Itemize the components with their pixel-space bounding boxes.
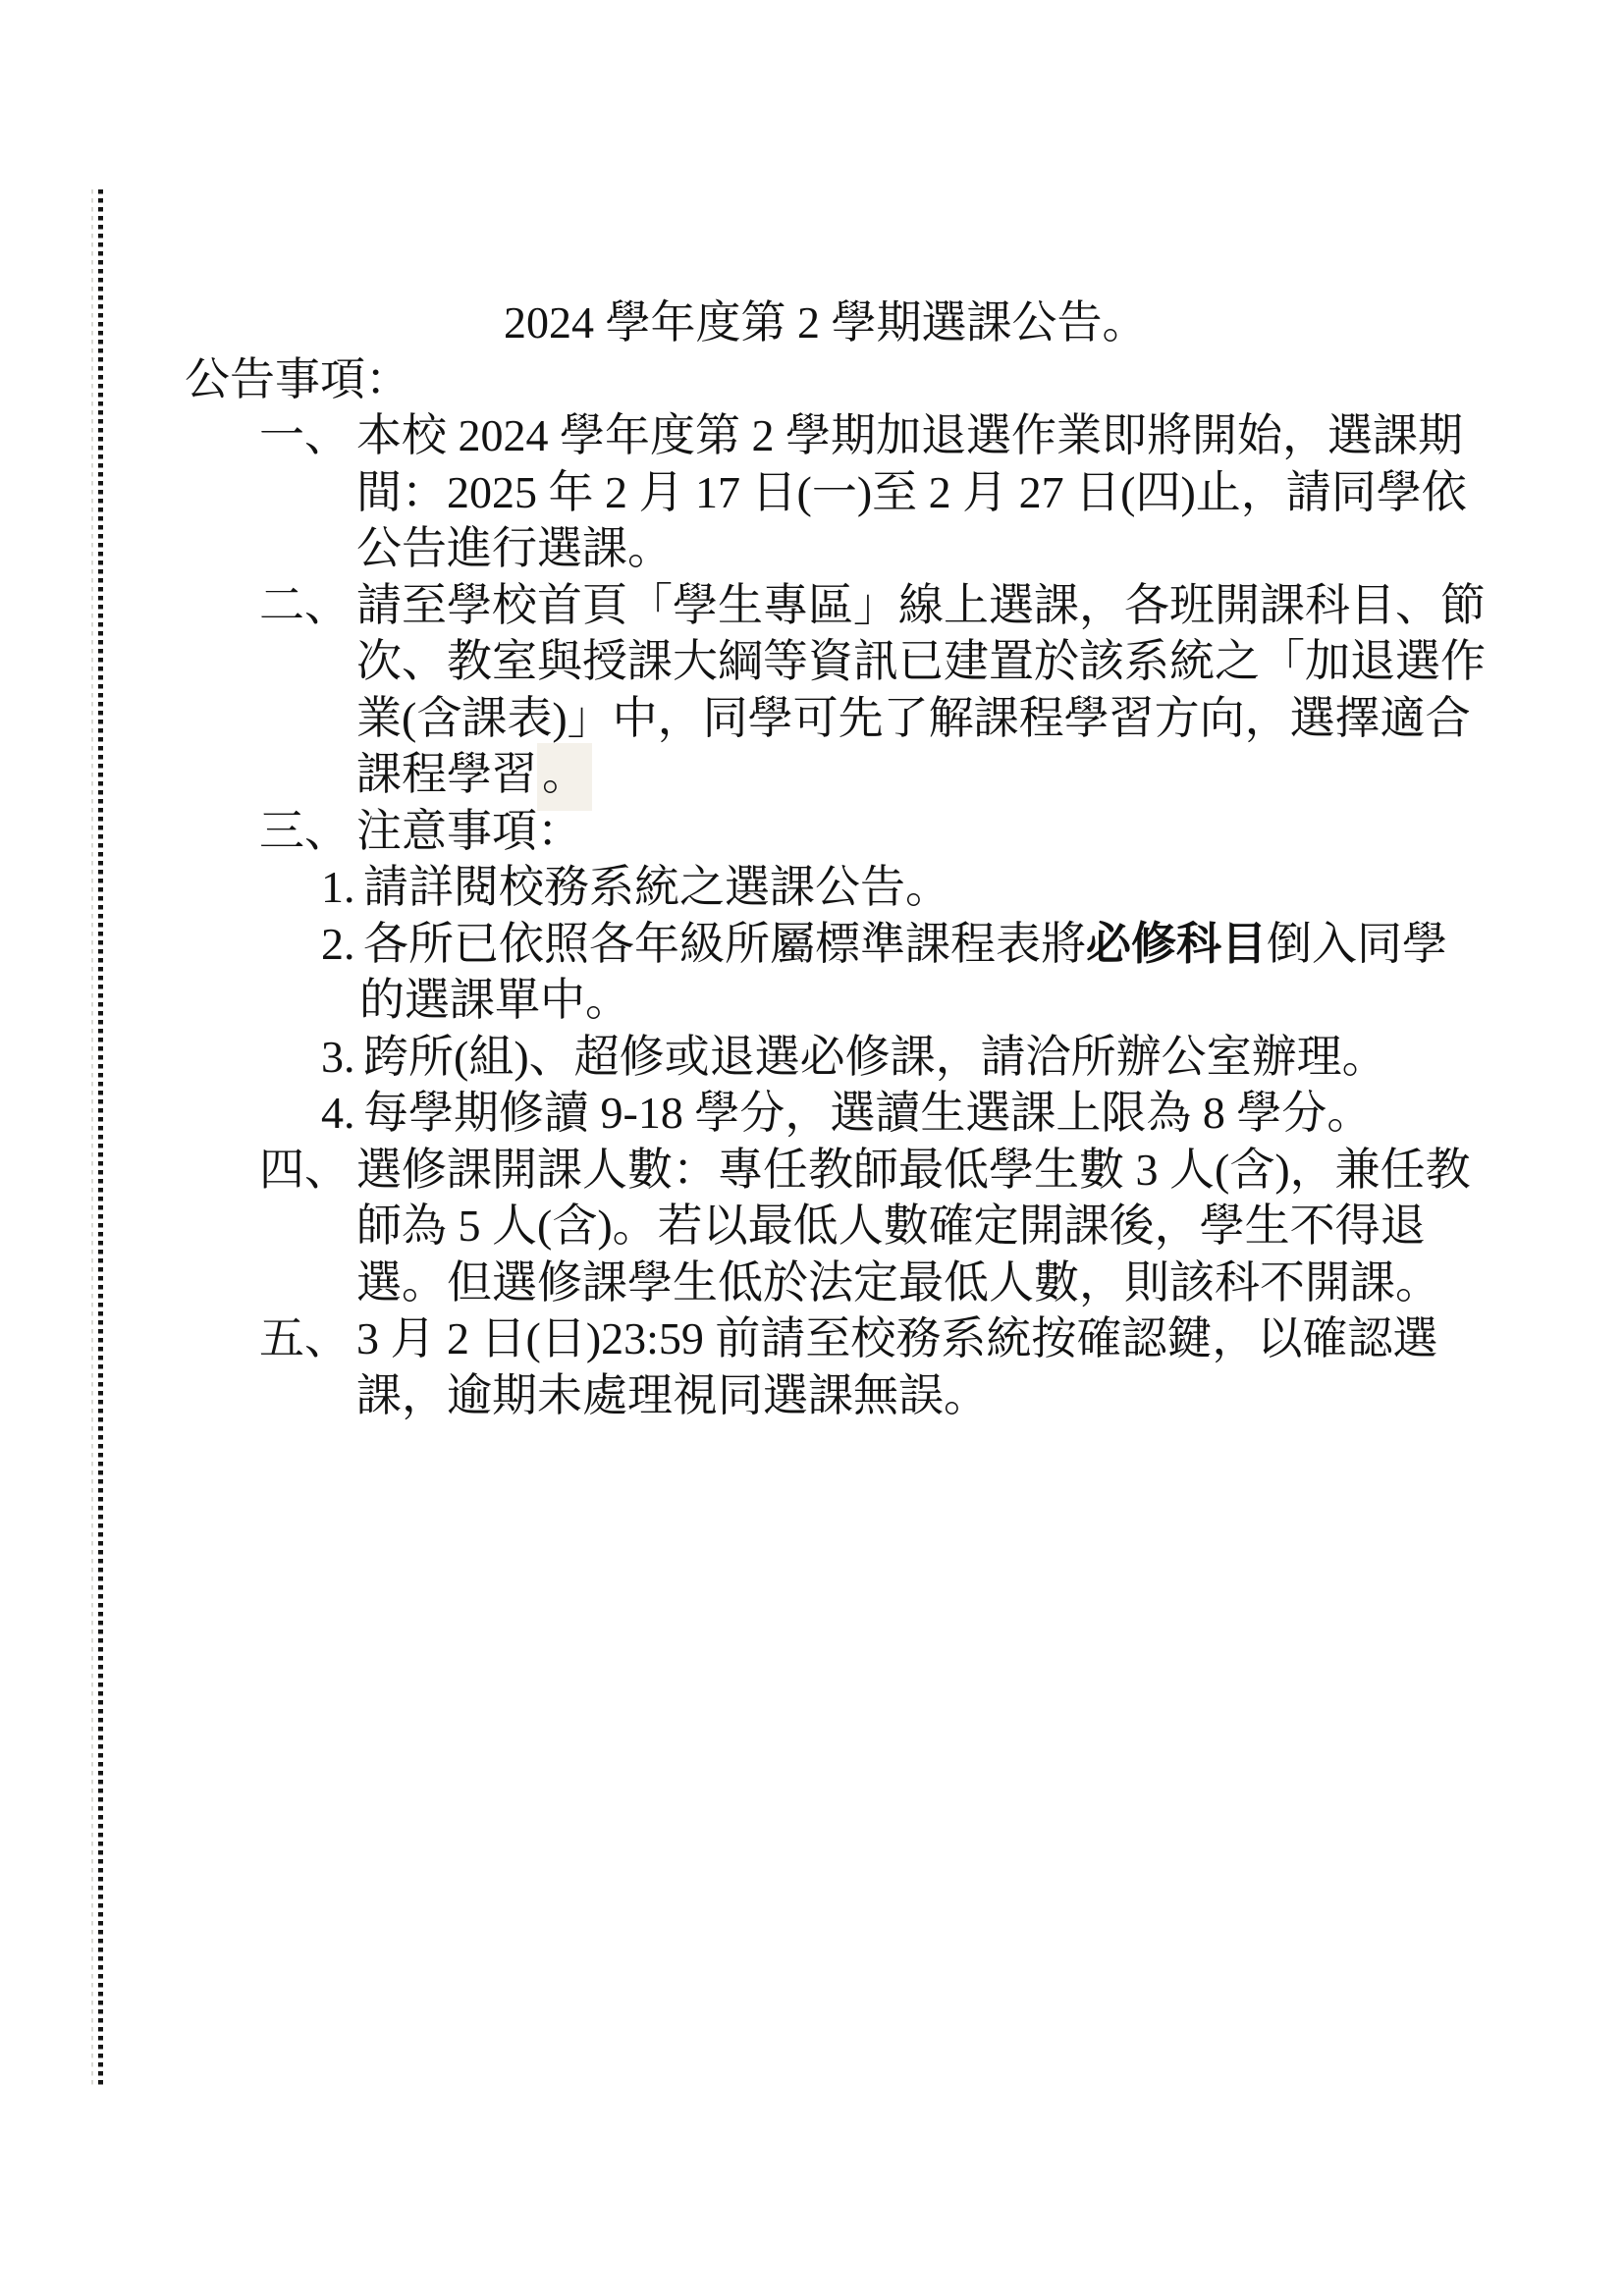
sub-item-2-text-post: 倒入同學 — [1267, 919, 1447, 969]
item-4-marker: 四、 — [259, 1142, 356, 1199]
sub-item-2-text-pre: 各所已依照各年級所屬標準課程表將 — [363, 919, 1086, 969]
sub-item-1: 1.請詳閱校務系統之選課公告。 — [0, 859, 1624, 916]
item-1-marker: 一、 — [259, 407, 356, 464]
item-5-line-2: 課，逾期未處理視同選課無誤。 — [0, 1367, 1624, 1424]
item-4-line-1: 四、選修課開課人數：專任教師最低學生數 3 人(含)，兼任教 — [0, 1142, 1624, 1199]
sub-item-3-number: 3. — [321, 1029, 363, 1086]
item-2-marker: 二、 — [259, 577, 356, 634]
item-2-line-4: 課程學習。 — [0, 746, 1624, 803]
item-2-line-1: 二、請至學校首頁「學生專區」線上選課，各班開課科目、節 — [0, 577, 1624, 634]
item-5-line-1: 五、3 月 2 日(日)23:59 前請至校務系統按確認鍵，以確認選 — [0, 1310, 1624, 1367]
item-1-line-1: 一、本校 2024 學年度第 2 學期加退選作業即將開始，選課期 — [0, 407, 1624, 464]
sub-item-4-number: 4. — [321, 1085, 363, 1142]
section-heading: 公告事項： — [0, 351, 1624, 408]
sub-item-3: 3.跨所(組)、超修或退選必修課，請洽所辦公室辦理。 — [0, 1029, 1624, 1086]
document-page: 2024 學年度第 2 學期選課公告。 公告事項： 一、本校 2024 學年度第… — [0, 0, 1624, 2296]
sub-item-2-number: 2. — [321, 916, 363, 973]
sub-item-2-text-bold: 必修科目 — [1086, 919, 1267, 969]
item-5-text: 3 月 2 日(日)23:59 前請至校務系統按確認鍵，以確認選 — [356, 1313, 1437, 1363]
page-title: 2024 學年度第 2 學期選課公告。 — [0, 294, 1624, 351]
item-1-line-2: 間：2025 年 2 月 17 日(一)至 2 月 27 日(四)止，請同學依 — [0, 464, 1624, 521]
sub-item-1-number: 1. — [321, 859, 363, 916]
item-4-text: 選修課開課人數：專任教師最低學生數 3 人(含)，兼任教 — [356, 1145, 1471, 1195]
sub-item-2-line-1: 2.各所已依照各年級所屬標準課程表將必修科目倒入同學 — [0, 916, 1624, 973]
highlighted-period: 。 — [537, 743, 592, 811]
item-1-line-3: 公告進行選課。 — [0, 520, 1624, 577]
item-2-line-2: 次、教室與授課大綱等資訊已建置於該系統之「加退選作 — [0, 633, 1624, 690]
sub-item-2-line-2: 的選課單中。 — [0, 972, 1624, 1029]
item-5-marker: 五、 — [259, 1310, 356, 1367]
item-4-line-3: 選。但選修課學生低於法定最低人數，則該科不開課。 — [0, 1255, 1624, 1311]
item-3-line-1: 三、注意事項： — [0, 803, 1624, 860]
item-2-line-3: 業(含課表)」中，同學可先了解課程學習方向，選擇適合 — [0, 690, 1624, 747]
item-3-heading: 注意事項： — [356, 806, 582, 856]
announcement-body: 2024 學年度第 2 學期選課公告。 公告事項： 一、本校 2024 學年度第… — [0, 294, 1624, 1423]
item-4-line-2: 師為 5 人(含)。若以最低人數確定開課後，學生不得退 — [0, 1198, 1624, 1255]
sub-item-1-text: 請詳閱校務系統之選課公告。 — [363, 862, 950, 912]
sub-item-4: 4.每學期修讀 9-18 學分，選讀生選課上限為 8 學分。 — [0, 1085, 1624, 1142]
item-2-last-text: 課程學習 — [356, 749, 537, 799]
item-3-marker: 三、 — [259, 803, 356, 860]
item-2-text: 請至學校首頁「學生專區」線上選課，各班開課科目、節 — [356, 580, 1486, 630]
item-1-text: 本校 2024 學年度第 2 學期加退選作業即將開始，選課期 — [356, 410, 1463, 460]
sub-item-3-text: 跨所(組)、超修或退選必修課，請洽所辦公室辦理。 — [363, 1032, 1387, 1082]
sub-item-4-text: 每學期修讀 9-18 學分，選讀生選課上限為 8 學分。 — [363, 1088, 1372, 1138]
